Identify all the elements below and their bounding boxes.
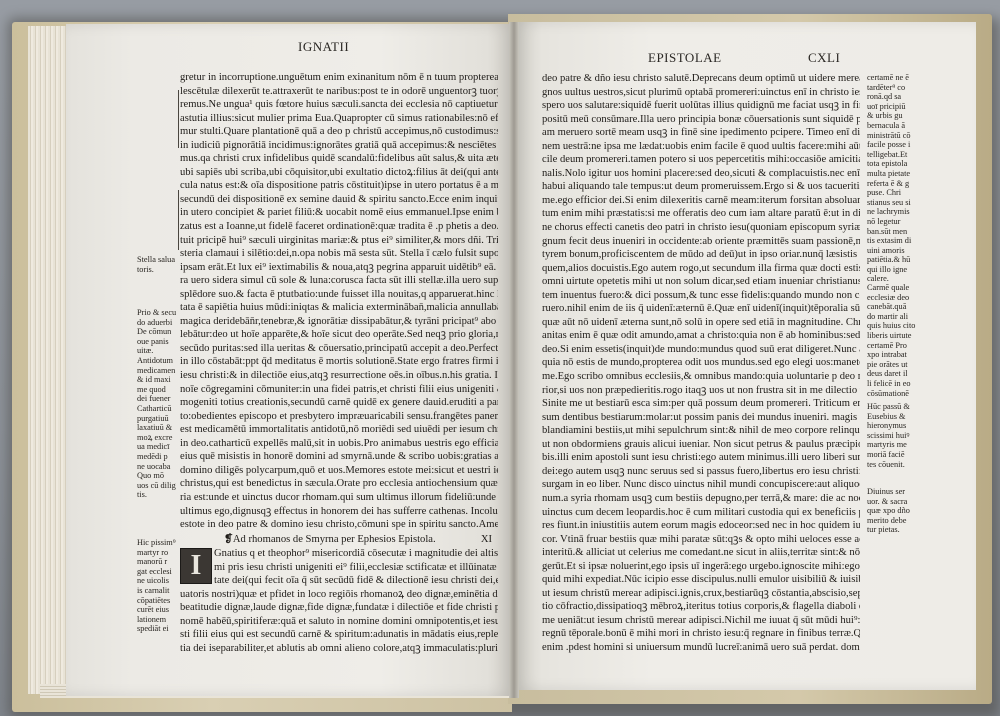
marginal-note-hunc: Hūc passū &Eusebius &hieronymusscissimi … [867,402,910,469]
text-line: ne lachrymis [867,207,911,217]
text-line: spero uos salutare:siquidē fuerit uolūta… [542,99,860,113]
text-line: uor. & sacra [867,497,910,507]
text-line: regnū tēporale.bonū ē mihi mori in chris… [542,627,860,641]
text-line: Carmē quale [867,283,915,293]
text-line: moꝝ excre [137,433,176,443]
text-line: cula natus est:& oīa dispositione patris… [180,179,498,193]
text-line: nomē habēū,spiritiferæ:quā et saluto in … [180,615,498,629]
text-line: ministrātū cō [867,131,911,141]
book-gutter [509,22,519,698]
text-line: enim .pdest homini si uniuersum mundū lu… [542,641,860,655]
text-line: secundū dei dispositionē ex semine dauid… [180,193,498,207]
text-line: blandiamini bestiis,ut mihi sepulchrum s… [542,424,860,438]
text-line: purgatiuū [137,414,176,424]
text-line: lebātur:deo ut hoīe apparēte,& hoīe sicu… [180,328,498,342]
text-line: li felicē in eo [867,379,915,389]
margin-rule [178,190,179,250]
text-line: referta ē & g [867,179,911,189]
text-line: ipsam erāt.Et lux ei⁹ iextimabilis & nou… [180,261,498,275]
text-line: nalis.Nolo igitur uos homini placere:sed… [542,167,860,181]
text-line: tem inuentus fuero:& dici possum,& tunc … [542,289,860,303]
text-line: Hic pissim⁹ [137,538,176,548]
text-line: tate dei(qui fecit oīa q̄ sūt secūdū fid… [180,574,498,588]
text-line: toris. [137,265,175,275]
left-section-text: Gnatius q et theophor⁹ misericordiā cōse… [180,547,498,655]
text-line: mus.qa christi crux infidelibus quidē sc… [180,152,498,166]
folio-number: CXLI [808,50,840,66]
text-line: curēt eius [137,605,176,615]
text-line: omni uirtute opetetis mihi ut non solum … [542,275,860,289]
text-line: ua medicī [137,442,176,452]
text-line: & urbis gu [867,111,911,121]
text-line: mogeniti totius creationis,secundū carnē… [180,396,498,410]
text-line: ronā.qd sa [867,92,911,102]
text-line: rior,si uos non præpedieritis.rogo itaqꝫ… [542,384,860,398]
text-line: Hūc passū & [867,402,910,412]
text-line: in deo.catharticū expellēs malū,sit in u… [180,437,498,451]
text-line: beatitudie dignæ,laude dignæ,fide dignæ,… [180,601,498,615]
text-line: Quo mō [137,471,176,481]
text-line: quem,alios docuistis.Ego autem rogo,ut s… [542,262,860,276]
right-running-head: EPISTOLAE [648,50,722,66]
text-line: mi pris iesu christi unigeniti ei⁹ filii… [180,561,498,575]
text-line: eius quē misistis in honorē domini ad sm… [180,450,498,464]
text-line: sti filii eius qui est secundū carnē & s… [180,628,498,642]
text-line: positū meū consūmare.Illa uero principia… [542,113,860,127]
text-line: num.a syria rhomam usqꝫ cum bestiis depu… [542,492,860,506]
text-line: deo.Si enim essetis(inquit)de mundo:mund… [542,343,860,357]
text-line: certamē ne ē [867,73,911,83]
text-line: tata ē sapiētia huius mūdi:iniqtas & mal… [180,301,498,315]
text-line: pie orātes ut [867,360,915,370]
text-line: in utero concipiet & pariet filiū:& uoca… [180,206,498,220]
text-line: gat ecclesi [137,567,176,577]
text-line: Antidotum [137,356,176,366]
text-line: tyrem bonum,proficiscentem de mūdo ad de… [542,248,860,262]
text-line: domino diligēs polycarpum,quō et uos.Mem… [180,464,498,478]
text-line: am meruero sortē meam usqꝫ in finē sine … [542,126,860,140]
text-line: gretur in incorruptione.unguētum enim ex… [180,71,498,85]
text-line: uini amoris [867,246,911,256]
text-line: xpo intrabat [867,350,915,360]
text-line: tota epistola [867,159,911,169]
text-line: quæ xpo dño [867,506,910,516]
pilcrow-mark: ❡ [224,534,233,545]
text-line: tuit pricipē hui⁹ sæculi uirginitas mari… [180,234,498,248]
text-line: spediāt ei [137,624,176,634]
text-line: moriā faciē [867,450,910,460]
text-line: dei:ego autem usqꝫ nunc seruus sed si pa… [542,465,860,479]
left-section-title: ❡Ad rhomanos de Smyrna per Ephesios Epis… [180,533,498,547]
text-line: lationem [137,615,176,625]
text-line: & id maxi [137,375,176,385]
text-line: gnum fecit deus inueniri in occidente:ab… [542,235,860,249]
text-line: medēdi p [137,452,176,462]
marginal-note-prio: Prio & secudo aduerbiDe cōmunoue panisui… [137,308,176,500]
text-line: facile posse i [867,140,911,150]
text-line: martyr ro [137,548,176,558]
text-line: ut non obdormiens grauis alicui iueniar.… [542,438,860,452]
text-line: uatoris nostri)quæ et pfidet in loco reg… [180,588,498,602]
text-line: scissimi huiꝰ [867,431,910,441]
text-line: interitū.& alliciat ut celerius me comed… [542,546,860,560]
text-line: bernacula ā [867,121,911,131]
text-line: me.ego efficior dei.Si enim dilexeritis … [542,194,860,208]
text-line: uitæ. [137,346,176,356]
text-line: uoī pricipiū [867,102,911,112]
text-line: Catharticū [137,404,176,414]
text-line: patiētia.& hū [867,255,911,265]
text-line: tum enim mihi præstatis:si me offeratis … [542,207,860,221]
text-line: ecclesiæ deo [867,293,915,303]
marginal-note-stella: Stella saluаtoris. [137,255,175,274]
marginal-note-carme: Carmē qualeecclesiæ deocanebāt.quādo mar… [867,283,915,398]
text-line: multa pietate [867,169,911,179]
text-line: tardēter⁹ co [867,83,911,93]
text-line: anitas enim ē quæ odit amundo,amat a chr… [542,329,860,343]
text-line: gerūt.Et si ipsæ noluerint,ego ipsis uī … [542,560,860,574]
text-line: Diuinus ser [867,487,910,497]
text-line: noīe cōgregamini cōmuniter:in una fidei … [180,383,498,397]
text-line: Sinite me ut bestiarū esca sim:per quā p… [542,397,860,411]
text-line: nō legetur [867,217,911,227]
text-line: tis extasim di [867,236,911,246]
text-line: tur pietas. [867,525,910,535]
text-line: lescētulæ dilexerūt te.attraxerūt te nar… [180,85,498,99]
text-line: stianus seu si [867,198,911,208]
text-line: puse. Chri [867,188,911,198]
text-line: deus daret il [867,369,915,379]
text-line: remus.Ne ungua¹ quis fœtore huius sæculi… [180,98,498,112]
text-line: res fiunt.in iniustitiis autem eorum mag… [542,519,860,533]
text-line: laxatiuū & [137,423,176,433]
marginal-note-certamen: certamē ne ētardēter⁹ coronā.qd sauoī pr… [867,73,911,284]
text-line: iesu christi:& in dilectiōe eius,atqꝫ re… [180,369,498,383]
text-line: ne uicolis [137,576,176,586]
text-line: liberis uirtute [867,331,915,341]
section-title: Ad rhomanos de Smyrna per Ephesios Epist… [233,534,436,545]
text-line: quis huius cito [867,321,915,331]
text-line: tio cōfractio,dissipatioqꝫ mēbroꝝ,iterit… [542,600,860,614]
text-line: Prio & secu [137,308,176,318]
text-line: secūdo puritas:sed illa ueritas & cōuers… [180,342,498,356]
text-line: ra uero sidera simul cū sole & luna:coru… [180,274,498,288]
text-line: manorū r [137,557,176,567]
text-line: est medicamētū immortalitatis antidotū,n… [180,423,498,437]
text-line: martyris me [867,440,910,450]
text-line: magica deridebān̄r,tenebræ,& ignorātiæ d… [180,315,498,329]
text-line: telligebat.Et [867,150,911,160]
marginal-note-diuinus: Diuinus seruor. & sacraquæ xpo dñomerito… [867,487,910,535]
text-line: zatus est a Ioanne,ut fidelē faceret ord… [180,220,498,234]
text-line: me quod [137,385,176,395]
text-line: me ueniāt:ut iesum christū merear adipis… [542,614,860,628]
text-line: christus,qui est benedictus in sæcula.Or… [180,477,498,491]
text-line: tia dei iseparabiliter,et ablutis ab omn… [180,642,498,656]
text-line: ria est:unde et uinctus ducor rhomam.qui… [180,491,498,505]
text-line: Eusebius & [867,412,910,422]
text-line: deo patre & dño iesu christo salutē.Depr… [542,72,860,86]
text-line: cor. Vtinā fruar bestiis quæ mihi paratæ… [542,533,860,547]
text-line: to:obedientes episcopo et presbytero imp… [180,410,498,424]
text-line: De cōmun [137,327,176,337]
text-line: habui aliquando tale tempus:ut deum prom… [542,180,860,194]
text-line: do aduerbi [137,318,176,328]
text-line: quia nō estis de mundo,propterea odit uo… [542,356,860,370]
text-line: ne uocaba [137,462,176,472]
text-line: tes cōuenit. [867,460,910,470]
text-line: cōsūmationē [867,389,915,399]
text-line: quæ aūt nō uidenī æterna sunt,nō solū in… [542,316,860,330]
text-line: uos cū dilig [137,481,176,491]
text-line: ban.sūt men [867,227,911,237]
text-line: me.Ego scribo omnibus ecclesiis,& omnibu… [542,370,860,384]
text-line: hieronymus [867,421,910,431]
text-line: sum dentibus bestiarum:molar:ut possim p… [542,411,860,425]
text-line: ut iesum christū merear adipisci.ignis,c… [542,587,860,601]
right-text-column: deo patre & dño iesu christo salutē.Depr… [542,72,860,655]
text-line: quid mihi expediat.Nūc icipio esse disci… [542,573,860,587]
text-line: splēdore suo.& facta ē ptutbatio:unde fu… [180,288,498,302]
text-line: nem uestrā:ne ipsa me lædat:uobis enim f… [542,140,860,154]
left-running-head: IGNATII [298,39,349,55]
text-line: qui illo igne [867,265,911,275]
text-line: astutia illius:sicut mulier prima Eua.Qu… [180,112,498,126]
text-line: Stella saluа [137,255,175,265]
text-line: steria clamaui i silētio:dei,n.opa nobis… [180,247,498,261]
text-line: tis. [137,490,176,500]
text-line: ultimus ego,dignusqꝫ effectus in honorem… [180,505,498,519]
text-line: ruero.nihil enim de iis q̄ uidenī:æternū… [542,302,860,316]
text-line: bis.illi enim apostoli sunt iesu christi… [542,451,860,465]
text-line: medicamen [137,366,176,376]
text-line: certamē Pro [867,341,915,351]
text-line: surgam in eo liber. Nunc disco uinctus n… [542,478,860,492]
text-line: in illo cōstabāt:ppt q̄d meditatus ē mor… [180,355,498,369]
text-line: merito debe [867,516,910,526]
text-line: ne chorus effecti canetis deo patri in c… [542,221,860,235]
left-text-column: gretur in incorruptione.unguētum enim ex… [180,71,498,532]
text-line: gnos uultus uestros,sicut plurimū optabā… [542,86,860,100]
text-line: is carnalit [137,586,176,596]
text-line: cōpatiētes [137,596,176,606]
section-number: XI [481,533,498,547]
text-line: canebāt.quā [867,302,915,312]
text-line: do martir ali [867,312,915,322]
text-line: uinctus cum decem leopardis.hoc ē cum mi… [542,506,860,520]
text-line: in iudiciū pignorātiā incidimus:ignorāte… [180,139,498,153]
text-line: cile deum promereri.tamen potero si uos … [542,153,860,167]
text-line: ubi sapiēs ubi scriba,ubi cōquisitor,ubi… [180,166,498,180]
text-line: dei fuener [137,394,176,404]
margin-rule [178,90,179,148]
text-line: mur stulti.Quare plantationē quā a deo p… [180,125,498,139]
text-line: Gnatius q et theophor⁹ misericordiā cōse… [180,547,498,561]
marginal-note-hic: Hic pissim⁹martyr romanorū rgat ecclesin… [137,538,176,634]
text-line: oue panis [137,337,176,347]
text-line: estote in deo patre & domino iesu christ… [180,518,498,532]
